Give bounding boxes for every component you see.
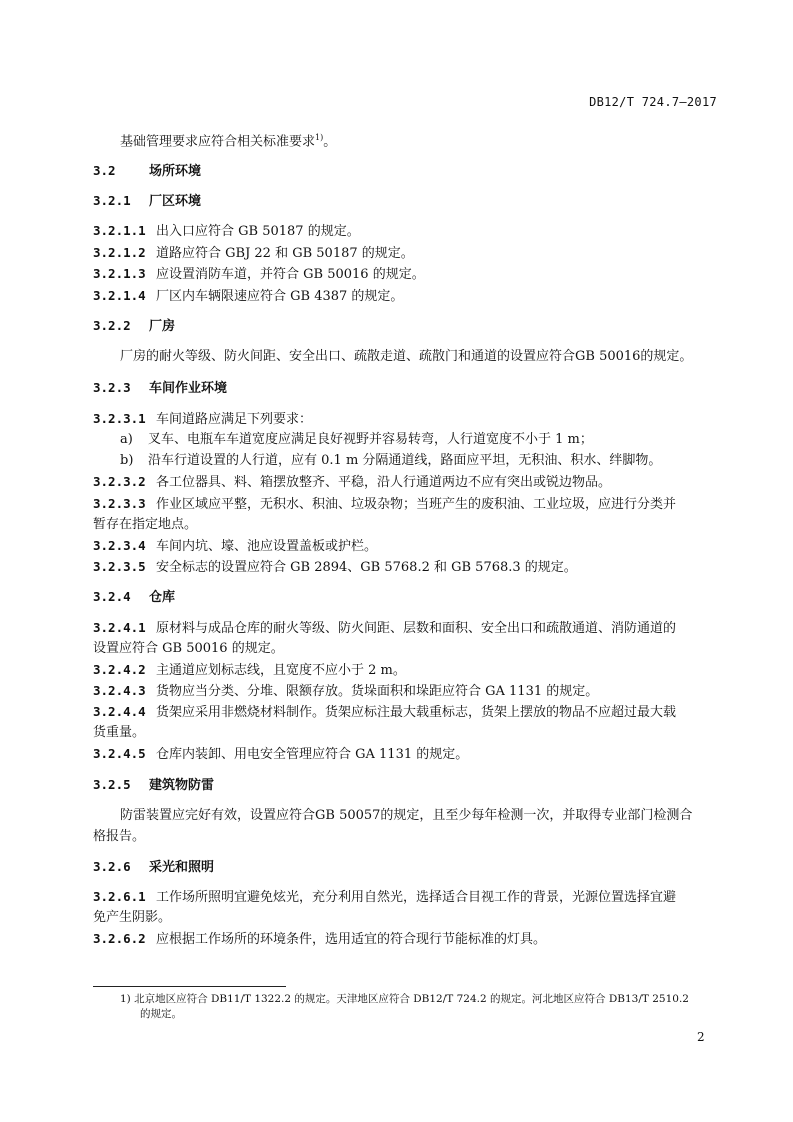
clause-3-2-4-3: 3.2.4.3货物应当分类、分堆、限额存放。货垛面积和垛距应符合 GA 1131… bbox=[93, 683, 598, 700]
paragraph-3-2-5: 防雷装置应完好有效，设置应符合GB 50057的规定，且至少每年检测一次，并取得… bbox=[120, 808, 692, 824]
clause-number: 3.2.4.5 bbox=[93, 746, 156, 762]
clause-3-2-4-4: 3.2.4.4货架应采用非燃烧材料制作。货架应标注最大载重标志，货架上摆放的物品… bbox=[93, 704, 676, 721]
section-heading-3-2-4: 3.2.4仓库 bbox=[93, 589, 175, 606]
clause-3-2-4-2: 3.2.4.2主通道应划标志线，且宽度不应小于 2 m。 bbox=[93, 662, 406, 679]
section-number: 3.2.6 bbox=[93, 859, 149, 875]
clause-number: 3.2.3.2 bbox=[93, 474, 156, 490]
section-heading-3-2-3: 3.2.3车间作业环境 bbox=[93, 380, 227, 397]
clause-text: 道路应符合 GBJ 22 和 GB 50187 的规定。 bbox=[156, 246, 414, 261]
clause-number: 3.2.1.1 bbox=[93, 223, 156, 239]
section-title: 采光和照明 bbox=[149, 860, 214, 875]
clause-number: 3.2.3.4 bbox=[93, 538, 156, 554]
section-number: 3.2.4 bbox=[93, 589, 149, 605]
clause-text: 厂区内车辆限速应符合 GB 4387 的规定。 bbox=[156, 289, 403, 304]
clause-text: 安全标志的设置应符合 GB 2894、GB 5768.2 和 GB 5768.3… bbox=[156, 560, 577, 575]
footnote-line-2: 的规定。 bbox=[140, 1007, 182, 1021]
section-number: 3.2.2 bbox=[93, 318, 149, 334]
section-heading-3-2-5: 3.2.5建筑物防雷 bbox=[93, 777, 214, 794]
clause-3-2-1-1: 3.2.1.1出入口应符合 GB 50187 的规定。 bbox=[93, 223, 360, 240]
clause-number: 3.2.3.5 bbox=[93, 559, 156, 575]
clause-3-2-3-5: 3.2.3.5安全标志的设置应符合 GB 2894、GB 5768.2 和 GB… bbox=[93, 559, 577, 576]
section-title: 厂区环境 bbox=[149, 194, 201, 209]
list-label: b) bbox=[120, 453, 148, 469]
clause-text: 仓库内装卸、用电安全管理应符合 GA 1131 的规定。 bbox=[156, 747, 468, 762]
clause-number: 3.2.6.1 bbox=[93, 889, 156, 905]
footnote-divider bbox=[93, 986, 286, 987]
footnote-ref[interactable]: 1) bbox=[315, 133, 323, 142]
clause-3-2-3-3: 3.2.3.3作业区域应平整，无积水、积油、垃圾杂物；当班产生的废积油、工业垃圾… bbox=[93, 496, 676, 513]
document-page: DB12/T 724.7—2017 基础管理要求应符合相关标准要求1)。 3.2… bbox=[0, 0, 793, 1122]
section-number: 3.2.1 bbox=[93, 193, 149, 209]
clause-text: 原材料与成品仓库的耐火等级、防火间距、层数和面积、安全出口和疏散通道、消防通道的 bbox=[156, 621, 676, 636]
document-code: DB12/T 724.7—2017 bbox=[589, 95, 717, 109]
footnote-line-1: 1) 北京地区应符合 DB11/T 1322.2 的规定。天津地区应符合 DB1… bbox=[120, 992, 689, 1006]
clause-text: 出入口应符合 GB 50187 的规定。 bbox=[156, 224, 360, 239]
clause-number: 3.2.4.3 bbox=[93, 683, 156, 699]
clause-text: 车间内坑、壕、池应设置盖板或护栏。 bbox=[156, 539, 377, 554]
clause-text: 车间道路应满足下列要求： bbox=[156, 412, 312, 427]
list-label: a) bbox=[120, 432, 148, 448]
clause-text: 作业区域应平整，无积水、积油、垃圾杂物；当班产生的废积油、工业垃圾，应进行分类并 bbox=[156, 497, 676, 512]
clause-number: 3.2.3.1 bbox=[93, 411, 156, 427]
clause-3-2-6-2: 3.2.6.2应根据工作场所的环境条件，选用适宜的符合现行节能标准的灯具。 bbox=[93, 931, 546, 948]
clause-3-2-4-5: 3.2.4.5仓库内装卸、用电安全管理应符合 GA 1131 的规定。 bbox=[93, 746, 468, 763]
clause-text: 主通道应划标志线，且宽度不应小于 2 m。 bbox=[156, 663, 406, 678]
clause-3-2-4-1-continued: 设置应符合 GB 50016 的规定。 bbox=[93, 641, 284, 657]
clause-number: 3.2.1.2 bbox=[93, 245, 156, 261]
clause-3-2-4-1: 3.2.4.1原材料与成品仓库的耐火等级、防火间距、层数和面积、安全出口和疏散通… bbox=[93, 620, 676, 637]
list-item-b: b)沿车行道设置的人行道，应有 0.1 m 分隔通道线，路面应平坦，无积油、积水… bbox=[120, 453, 661, 469]
section-title: 厂房 bbox=[149, 319, 175, 334]
clause-text: 货物应当分类、分堆、限额存放。货垛面积和垛距应符合 GA 1131 的规定。 bbox=[156, 684, 598, 699]
clause-3-2-3-4: 3.2.3.4车间内坑、壕、池应设置盖板或护栏。 bbox=[93, 538, 377, 555]
clause-text: 货架应采用非燃烧材料制作。货架应标注最大载重标志，货架上摆放的物品不应超过最大载 bbox=[156, 705, 676, 720]
section-title: 场所环境 bbox=[149, 164, 201, 179]
clause-number: 3.2.6.2 bbox=[93, 931, 156, 947]
clause-number: 3.2.1.4 bbox=[93, 288, 156, 304]
clause-3-2-6-1-continued: 免产生阴影。 bbox=[93, 910, 171, 926]
clause-3-2-4-4-continued: 货重量。 bbox=[93, 725, 145, 741]
section-title: 车间作业环境 bbox=[149, 381, 227, 396]
section-number: 3.2.3 bbox=[93, 380, 149, 396]
section-title: 仓库 bbox=[149, 590, 175, 605]
clause-number: 3.2.4.2 bbox=[93, 662, 156, 678]
section-heading-3-2-2: 3.2.2厂房 bbox=[93, 318, 175, 335]
clause-3-2-3-3-continued: 暂存在指定地点。 bbox=[93, 517, 197, 533]
list-item-a: a)叉车、电瓶车车道宽度应满足良好视野并容易转弯，人行道宽度不小于 1 m； bbox=[120, 432, 593, 448]
clause-3-2-6-1: 3.2.6.1工作场所照明宜避免炫光，充分利用自然光，选择适合目视工作的背景，光… bbox=[93, 889, 676, 906]
list-text: 沿车行道设置的人行道，应有 0.1 m 分隔通道线，路面应平坦，无积油、积水、绊… bbox=[148, 453, 661, 468]
clause-number: 3.2.4.4 bbox=[93, 704, 156, 720]
clause-number: 3.2.3.3 bbox=[93, 496, 156, 512]
paragraph-3-2-2: 厂房的耐火等级、防火间距、安全出口、疏散走道、疏散门和通道的设置应符合GB 50… bbox=[120, 349, 692, 365]
page-number: 2 bbox=[697, 1030, 705, 1044]
clause-3-2-3-2: 3.2.3.2各工位器具、料、箱摆放整齐、平稳，沿人行通道两边不应有突出或锐边物… bbox=[93, 474, 611, 491]
clause-number: 3.2.4.1 bbox=[93, 620, 156, 636]
list-text: 叉车、电瓶车车道宽度应满足良好视野并容易转弯，人行道宽度不小于 1 m； bbox=[148, 432, 593, 447]
clause-text: 各工位器具、料、箱摆放整齐、平稳，沿人行通道两边不应有突出或锐边物品。 bbox=[156, 475, 611, 490]
clause-number: 3.2.1.3 bbox=[93, 266, 156, 282]
intro-text: 基础管理要求应符合相关标准要求 bbox=[120, 134, 315, 149]
section-number: 3.2 bbox=[93, 163, 149, 179]
section-title: 建筑物防雷 bbox=[149, 778, 214, 793]
clause-text: 应设置消防车道，并符合 GB 50016 的规定。 bbox=[156, 267, 425, 282]
clause-3-2-3-1: 3.2.3.1车间道路应满足下列要求： bbox=[93, 411, 312, 428]
clause-3-2-1-2: 3.2.1.2道路应符合 GBJ 22 和 GB 50187 的规定。 bbox=[93, 245, 414, 262]
clause-3-2-1-3: 3.2.1.3应设置消防车道，并符合 GB 50016 的规定。 bbox=[93, 266, 425, 283]
clause-text: 应根据工作场所的环境条件，选用适宜的符合现行节能标准的灯具。 bbox=[156, 932, 546, 947]
intro-end: 。 bbox=[323, 134, 336, 149]
paragraph-3-2-5-continued: 格报告。 bbox=[93, 829, 145, 845]
intro-paragraph: 基础管理要求应符合相关标准要求1)。 bbox=[120, 130, 336, 150]
clause-text: 工作场所照明宜避免炫光，充分利用自然光，选择适合目视工作的背景，光源位置选择宜避 bbox=[156, 890, 676, 905]
section-number: 3.2.5 bbox=[93, 777, 149, 793]
section-heading-3-2-1: 3.2.1厂区环境 bbox=[93, 193, 201, 210]
section-heading-3-2-6: 3.2.6采光和照明 bbox=[93, 859, 214, 876]
section-heading-3-2: 3.2场所环境 bbox=[93, 163, 201, 180]
clause-3-2-1-4: 3.2.1.4厂区内车辆限速应符合 GB 4387 的规定。 bbox=[93, 288, 403, 305]
